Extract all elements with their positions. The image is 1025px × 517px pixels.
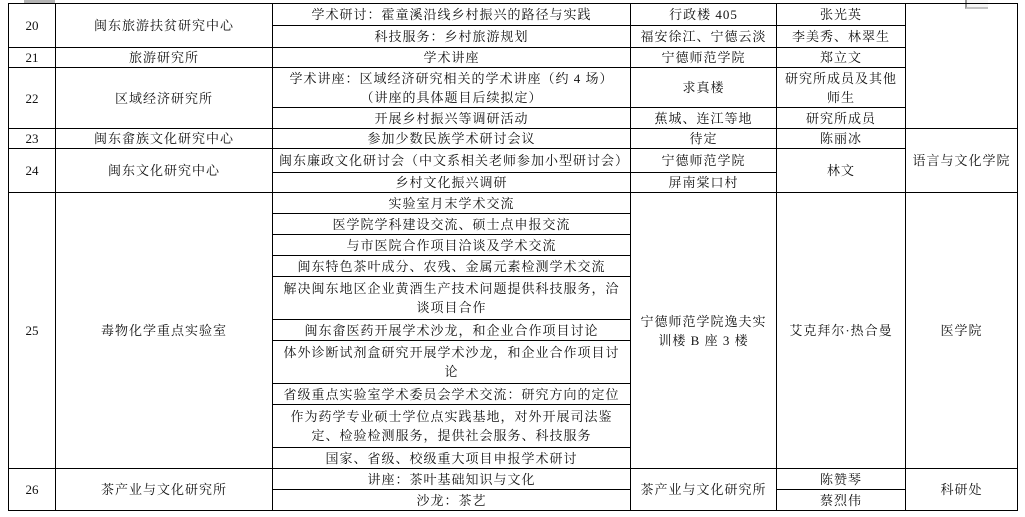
cell-activity: 沙龙：茶艺 [273, 490, 631, 511]
cell-activity: 学术研讨：霍童溪沿线乡村振兴的路径与实践 [273, 4, 631, 26]
cell-location: 屏南棠口村 [631, 173, 777, 193]
cell-activity: 省级重点实验室学术委员会学术交流：研究方向的定位 [273, 384, 631, 405]
cell-center-name: 茶产业与文化研究所 [56, 469, 273, 511]
cell-center-name: 区域经济研究所 [56, 68, 273, 129]
cell-center-name: 毒物化学重点实验室 [56, 193, 273, 469]
cell-no: 26 [9, 469, 56, 511]
cell-person: 陈丽冰 [777, 129, 906, 149]
cell-activity: 与市医院合作项目洽谈及学术交流 [273, 235, 631, 256]
cell-activity: 医学院学科建设交流、硕士点申报交流 [273, 214, 631, 235]
cell-activity: 闽东特色茶叶成分、农残、金属元素检测学术交流 [273, 256, 631, 277]
cell-person: 郑立文 [777, 48, 906, 68]
cell-no: 23 [9, 129, 56, 149]
cell-activity: 科技服务：乡村旅游规划 [273, 26, 631, 48]
cell-activity: 讲座：茶叶基础知识与文化 [273, 469, 631, 490]
cell-no: 24 [9, 149, 56, 193]
cell-activity: 参加少数民族学术研讨会议 [273, 129, 631, 149]
document-page: 20 闽东旅游扶贫研究中心 学术研讨：霍童溪沿线乡村振兴的路径与实践 行政楼 4… [0, 0, 1025, 517]
cell-location: 福安徐江、宁德云淡 [631, 26, 777, 48]
cell-activity: 乡村文化振兴调研 [273, 173, 631, 193]
cell-center-name: 闽东文化研究中心 [56, 149, 273, 193]
cell-person: 蔡烈伟 [777, 490, 906, 511]
cell-activity: 体外诊断试剂盒研究开展学术沙龙，和企业合作项目讨论 [273, 341, 631, 384]
cell-location: 行政楼 405 [631, 4, 777, 26]
cell-person: 林文 [777, 149, 906, 193]
cell-activity: 作为药学专业硕士学位点实践基地，对外开展司法鉴定、检验检测服务，提供社会服务、科… [273, 405, 631, 448]
cell-location: 宁德师范学院 [631, 48, 777, 68]
cell-person: 陈赞琴 [777, 469, 906, 490]
cell-college-empty [906, 4, 1018, 129]
cell-location: 宁德师范学院 [631, 149, 777, 173]
cell-no: 20 [9, 4, 56, 48]
cell-no: 25 [9, 193, 56, 469]
cell-location: 宁德师范学院逸夫实训楼 B 座 3 楼 [631, 193, 777, 469]
cell-college: 语言与文化学院 [906, 129, 1018, 193]
cell-activity: 实验室月末学术交流 [273, 193, 631, 214]
cell-no: 21 [9, 48, 56, 68]
cell-person: 李美秀、林翠生 [777, 26, 906, 48]
research-activity-table: 20 闽东旅游扶贫研究中心 学术研讨：霍童溪沿线乡村振兴的路径与实践 行政楼 4… [8, 3, 1018, 511]
cell-activity: 国家、省级、校级重大项目申报学术研讨 [273, 448, 631, 469]
cell-person: 张光英 [777, 4, 906, 26]
cell-activity: 开展乡村振兴等调研活动 [273, 108, 631, 129]
cell-college: 科研处 [906, 469, 1018, 511]
cell-center-name: 闽东旅游扶贫研究中心 [56, 4, 273, 48]
cell-center-name: 旅游研究所 [56, 48, 273, 68]
cell-location: 待定 [631, 129, 777, 149]
cell-activity: 闽东廉政文化研讨会（中文系相关老师参加小型研讨会） [273, 149, 631, 173]
cell-person: 研究所成员及其他师生 [777, 68, 906, 108]
cell-person: 艾克拜尔·热合曼 [777, 193, 906, 469]
cell-activity: 闽东畲医药开展学术沙龙，和企业合作项目讨论 [273, 320, 631, 341]
cell-person: 研究所成员 [777, 108, 906, 129]
cell-activity: 学术讲座 [273, 48, 631, 68]
cell-location: 茶产业与文化研究所 [631, 469, 777, 511]
cell-location: 求真楼 [631, 68, 777, 108]
cell-center-name: 闽东畲族文化研究中心 [56, 129, 273, 149]
cell-activity: 解决闽东地区企业黄酒生产技术问题提供科技服务，洽谈项目合作 [273, 277, 631, 320]
cell-no: 22 [9, 68, 56, 129]
cell-college: 医学院 [906, 193, 1018, 469]
cell-activity: 学术讲座：区域经济研究相关的学术讲座（约 4 场）（讲座的具体题目后续拟定） [273, 68, 631, 108]
cell-location: 蕉城、连江等地 [631, 108, 777, 129]
